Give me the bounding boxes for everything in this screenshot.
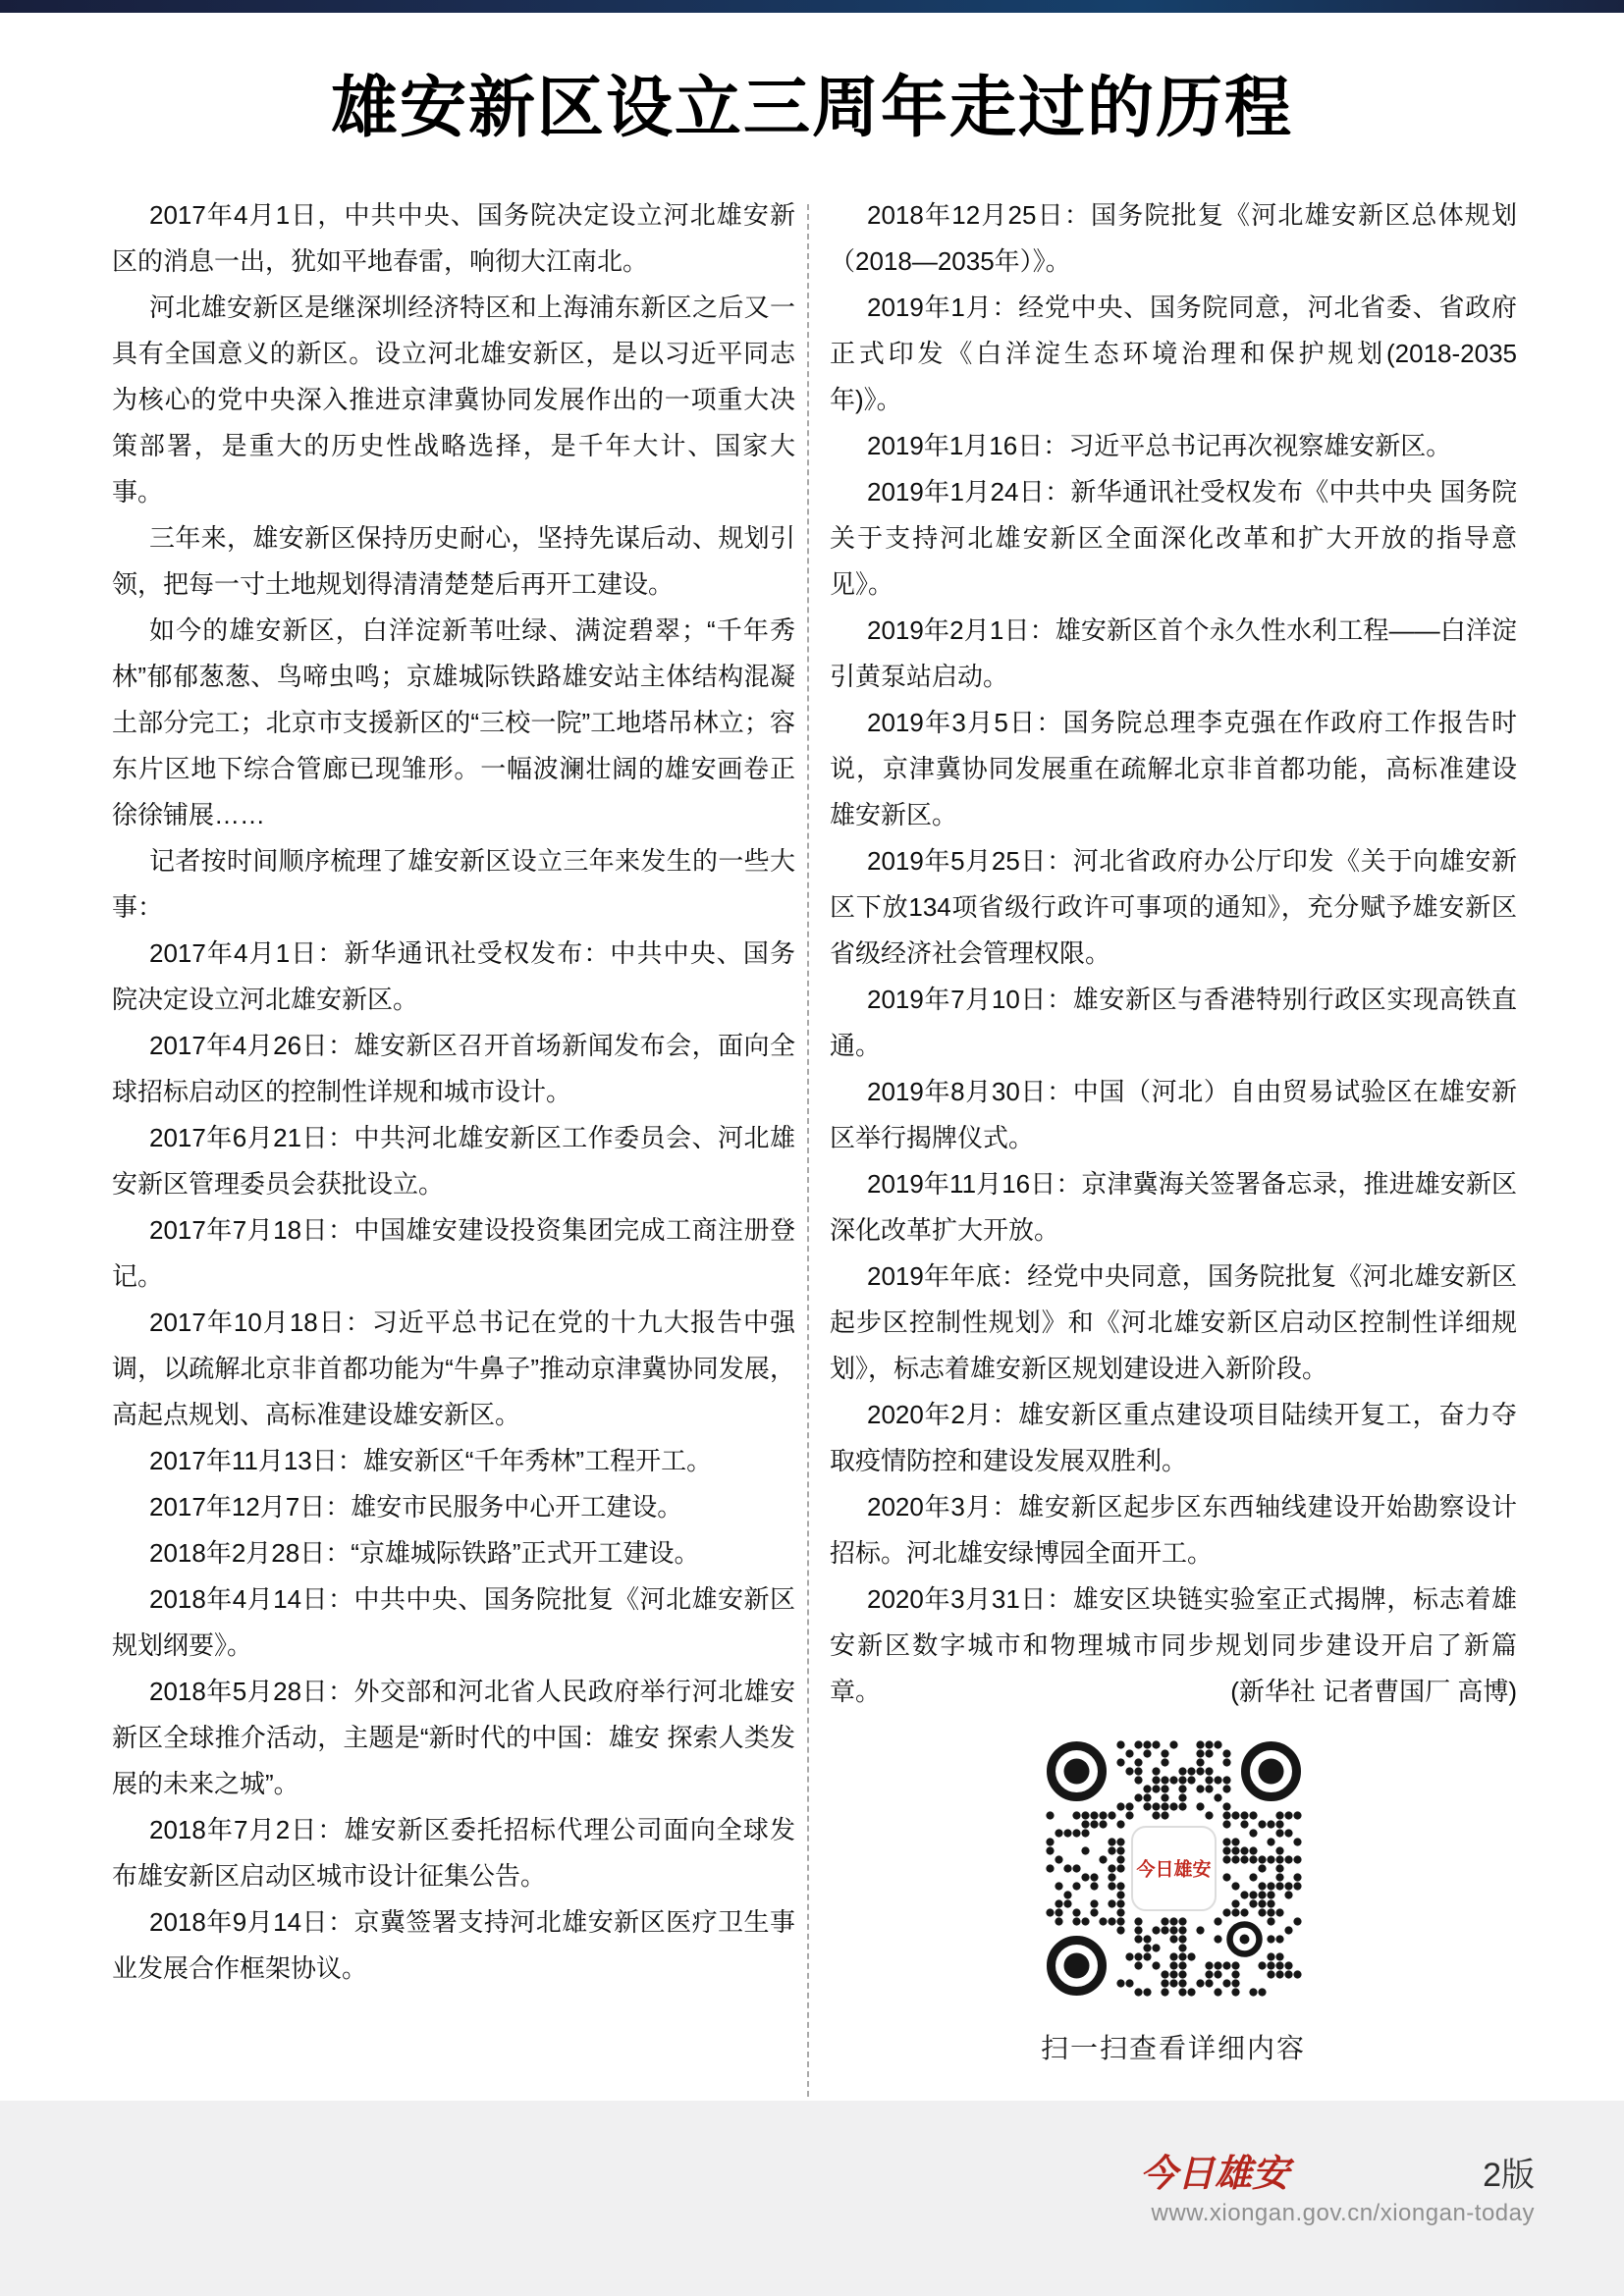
paragraph: 2019年2月1日：雄安新区首个永久性水利工程——白洋淀引黄泵站启动。 (830, 608, 1517, 700)
qr-caption: 扫一扫查看详细内容 (830, 2025, 1517, 2071)
paragraph: 2018年4月14日：中共中央、国务院批复《河北雄安新区规划纲要》。 (112, 1576, 795, 1669)
paragraph: 2019年5月25日：河北省政府办公厅印发《关于向雄安新区下放134项省级行政许… (830, 838, 1517, 977)
paragraph: 2019年年底：经党中央同意，国务院批复《河北雄安新区起步区控制性规划》和《河北… (830, 1254, 1517, 1392)
paragraph: 2018年5月28日：外交部和河北省人民政府举行河北雄安新区全球推介活动，主题是… (112, 1669, 795, 1807)
paragraph: 2018年12月25日：国务院批复《河北雄安新区总体规划（2018—2035年）… (830, 192, 1517, 285)
newspaper-page: 雄安新区设立三周年走过的历程 2017年4月1日，中共中央、国务院决定设立河北雄… (0, 0, 1624, 2296)
article-right-column: 2018年12月25日：国务院批复《河北雄安新区总体规划（2018—2035年）… (830, 192, 1517, 2071)
top-accent-bar (0, 0, 1624, 13)
article-left-column: 2017年4月1日，中共中央、国务院决定设立河北雄安新区的消息一出，犹如平地春雷… (112, 192, 795, 1992)
column-divider (807, 204, 809, 2097)
paragraph: 2020年2月：雄安新区重点建设项目陆续开复工，奋力夺取疫情防控和建设发展双胜利… (830, 1392, 1517, 1484)
paragraph: 三年来，雄安新区保持历史耐心，坚持先谋后动、规划引领，把每一寸土地规划得清清楚楚… (112, 515, 795, 608)
right-column-paragraphs: 2018年12月25日：国务院批复《河北雄安新区总体规划（2018—2035年）… (830, 192, 1517, 1715)
paragraph: 2017年12月7日：雄安市民服务中心开工建设。 (112, 1484, 795, 1530)
page-title: 雄安新区设立三周年走过的历程 (0, 61, 1624, 155)
paragraph: 2017年10月18日：习近平总书记在党的十九大报告中强调，以疏解北京非首都功能… (112, 1300, 795, 1438)
page-footer: 今日雄安 2版 www.xiongan.gov.cn/xiongan-today (0, 2101, 1624, 2296)
paragraph: 2019年7月10日：雄安新区与香港特别行政区实现高铁直通。 (830, 977, 1517, 1069)
paragraph: 2017年6月21日：中共河北雄安新区工作委员会、河北雄安新区管理委员会获批设立… (112, 1115, 795, 1207)
paragraph: 2019年3月5日：国务院总理李克强在作政府工作报告时说，京津冀协同发展重在疏解… (830, 700, 1517, 838)
paragraph: 2017年4月1日：新华通讯社受权发布：中共中央、国务院决定设立河北雄安新区。 (112, 931, 795, 1023)
paragraph: 2019年8月30日：中国（河北）自由贸易试验区在雄安新区举行揭牌仪式。 (830, 1069, 1517, 1161)
paragraph: 如今的雄安新区，白洋淀新苇吐绿、满淀碧翠；“千年秀林”郁郁葱葱、鸟啼虫鸣；京雄城… (112, 608, 795, 838)
qr-block: 今日雄安 扫一扫查看详细内容 (830, 1740, 1517, 2071)
paragraph: 河北雄安新区是继深圳经济特区和上海浦东新区之后又一具有全国意义的新区。设立河北雄… (112, 285, 795, 515)
qr-code: 今日雄安 (1046, 1740, 1302, 1997)
paragraph: 2019年1月：经党中央、国务院同意，河北省委、省政府正式印发《白洋淀生态环境治… (830, 285, 1517, 423)
paragraph: 2017年7月18日：中国雄安建设投资集团完成工商注册登记。 (112, 1207, 795, 1300)
paragraph: 2019年1月16日：习近平总书记再次视察雄安新区。 (830, 423, 1517, 469)
paragraph: 2019年11月16日：京津冀海关签署备忘录，推进雄安新区深化改革扩大开放。 (830, 1161, 1517, 1254)
paragraph: 2017年4月26日：雄安新区召开首场新闻发布会，面向全球招标启动区的控制性详规… (112, 1023, 795, 1115)
paragraph: 2017年11月13日：雄安新区“千年秀林”工程开工。 (112, 1438, 795, 1484)
paragraph: 2018年7月2日：雄安新区委托招标代理公司面向全球发布雄安新区启动区城市设计征… (112, 1807, 795, 1899)
paragraph: 2019年1月24日：新华通讯社受权发布《中共中央 国务院关于支持河北雄安新区全… (830, 469, 1517, 608)
paragraph: 2020年3月：雄安新区起步区东西轴线建设开始勘察设计招标。河北雄安绿博园全面开… (830, 1484, 1517, 1576)
paragraph: 记者按时间顺序梳理了雄安新区设立三年来发生的一些大事： (112, 838, 795, 931)
byline: (新华社 记者曹国厂 高博) (830, 1669, 1517, 1715)
paragraph: 2018年9月14日：京冀签署支持河北雄安新区医疗卫生事业发展合作框架协议。 (112, 1899, 795, 1992)
paragraph: 2018年2月28日：“京雄城际铁路”正式开工建设。 (112, 1530, 795, 1576)
page-number: 2版 (1483, 2157, 1535, 2194)
footer-url: www.xiongan.gov.cn/xiongan-today (1140, 2200, 1535, 2227)
svg-text:今日雄安: 今日雄安 (1136, 1858, 1211, 1881)
paragraph: 2017年4月1日，中共中央、国务院决定设立河北雄安新区的消息一出，犹如平地春雷… (112, 192, 795, 285)
footer-content: 今日雄安 2版 www.xiongan.gov.cn/xiongan-today (1140, 2155, 1535, 2227)
brand-logo-text: 今日雄安 (1140, 2155, 1289, 2194)
